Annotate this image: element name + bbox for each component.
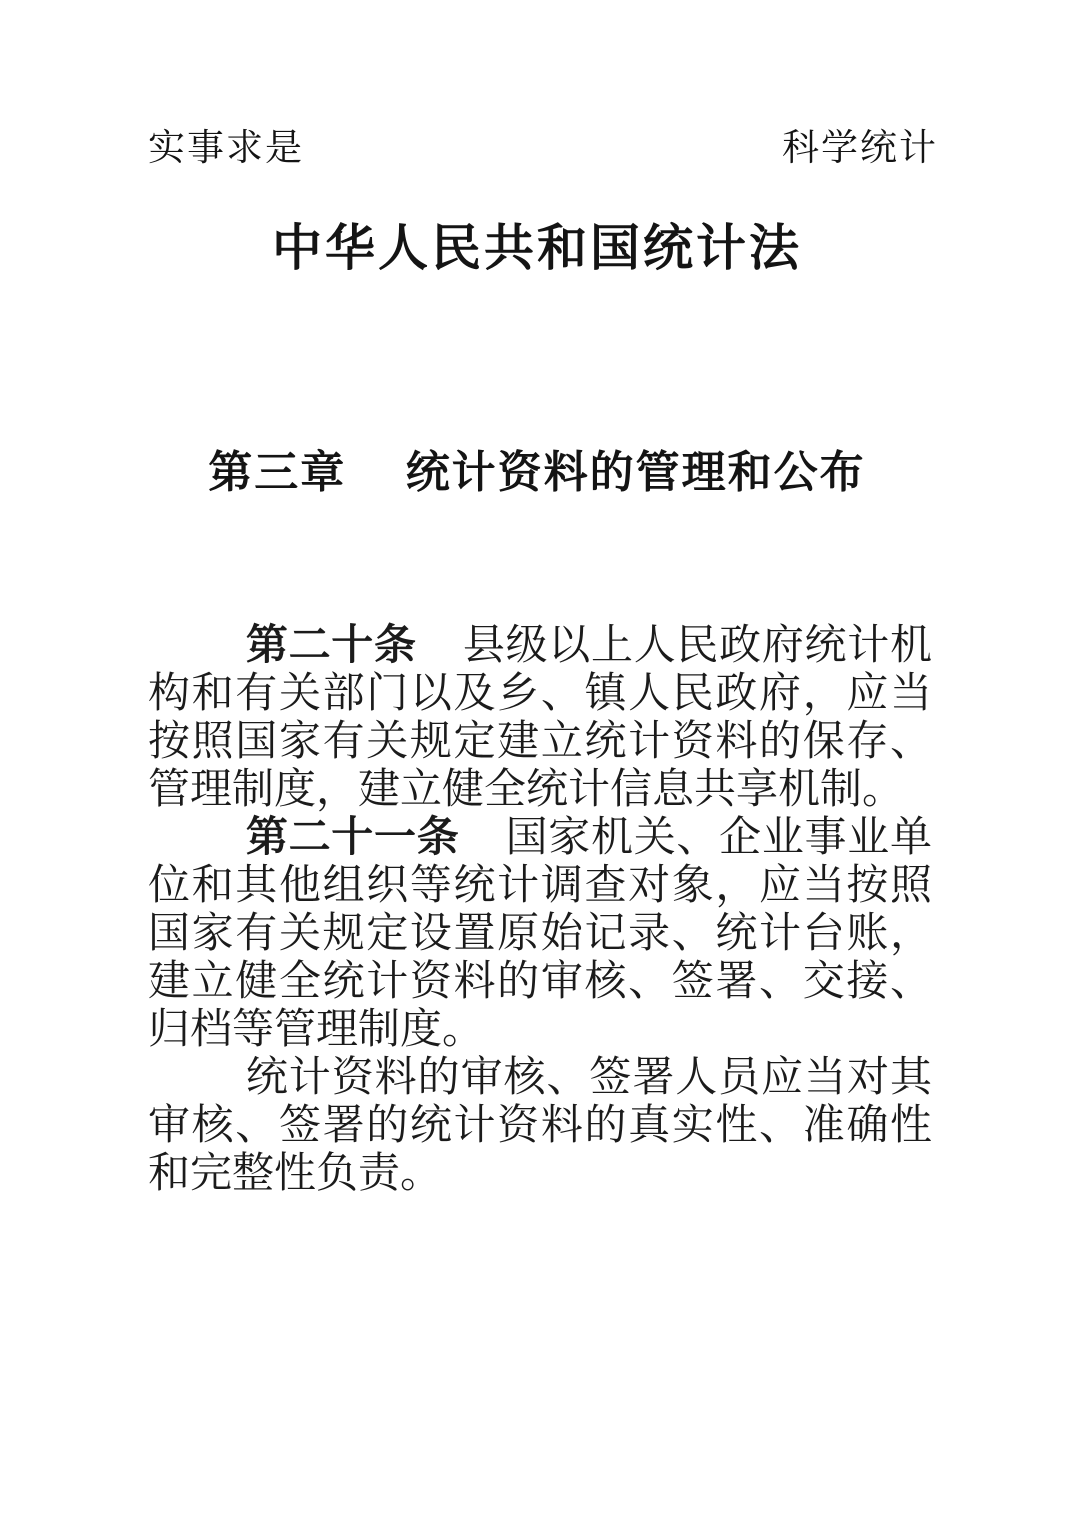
chapter-name: 统计资料的管理和公布: [406, 448, 866, 497]
body-text: 第二十条县级以上人民政府统计机构和有关部门以及乡、镇人民政府，应当按照国家有关规…: [148, 622, 932, 1198]
article-21-paragraph: 第二十一条国家机关、企业事业单位和其他组织等统计调查对象，应当按照国家有关规定设…: [148, 814, 932, 1054]
chapter-heading: 第三章统计资料的管理和公布: [0, 448, 1074, 499]
page-header: 实事求是 科学统计: [148, 128, 938, 171]
responsibility-text: 统计资料的审核、签署人员应当对其审核、签署的统计资料的真实性、准确性和完整性负责…: [148, 1055, 932, 1197]
chapter-number: 第三章: [208, 448, 346, 497]
document-page: 实事求是 科学统计 中华人民共和国统计法 第三章统计资料的管理和公布 第二十条县…: [0, 0, 1074, 1520]
header-left-motto: 实事求是: [148, 128, 304, 171]
article-20-paragraph: 第二十条县级以上人民政府统计机构和有关部门以及乡、镇人民政府，应当按照国家有关规…: [148, 622, 932, 814]
article-20-label: 第二十条: [246, 623, 417, 669]
document-title: 中华人民共和国统计法: [0, 218, 1074, 278]
responsibility-paragraph: 统计资料的审核、签署人员应当对其审核、签署的统计资料的真实性、准确性和完整性负责…: [148, 1054, 932, 1198]
article-21-label: 第二十一条: [246, 815, 460, 861]
header-right-motto: 科学统计: [782, 128, 938, 171]
